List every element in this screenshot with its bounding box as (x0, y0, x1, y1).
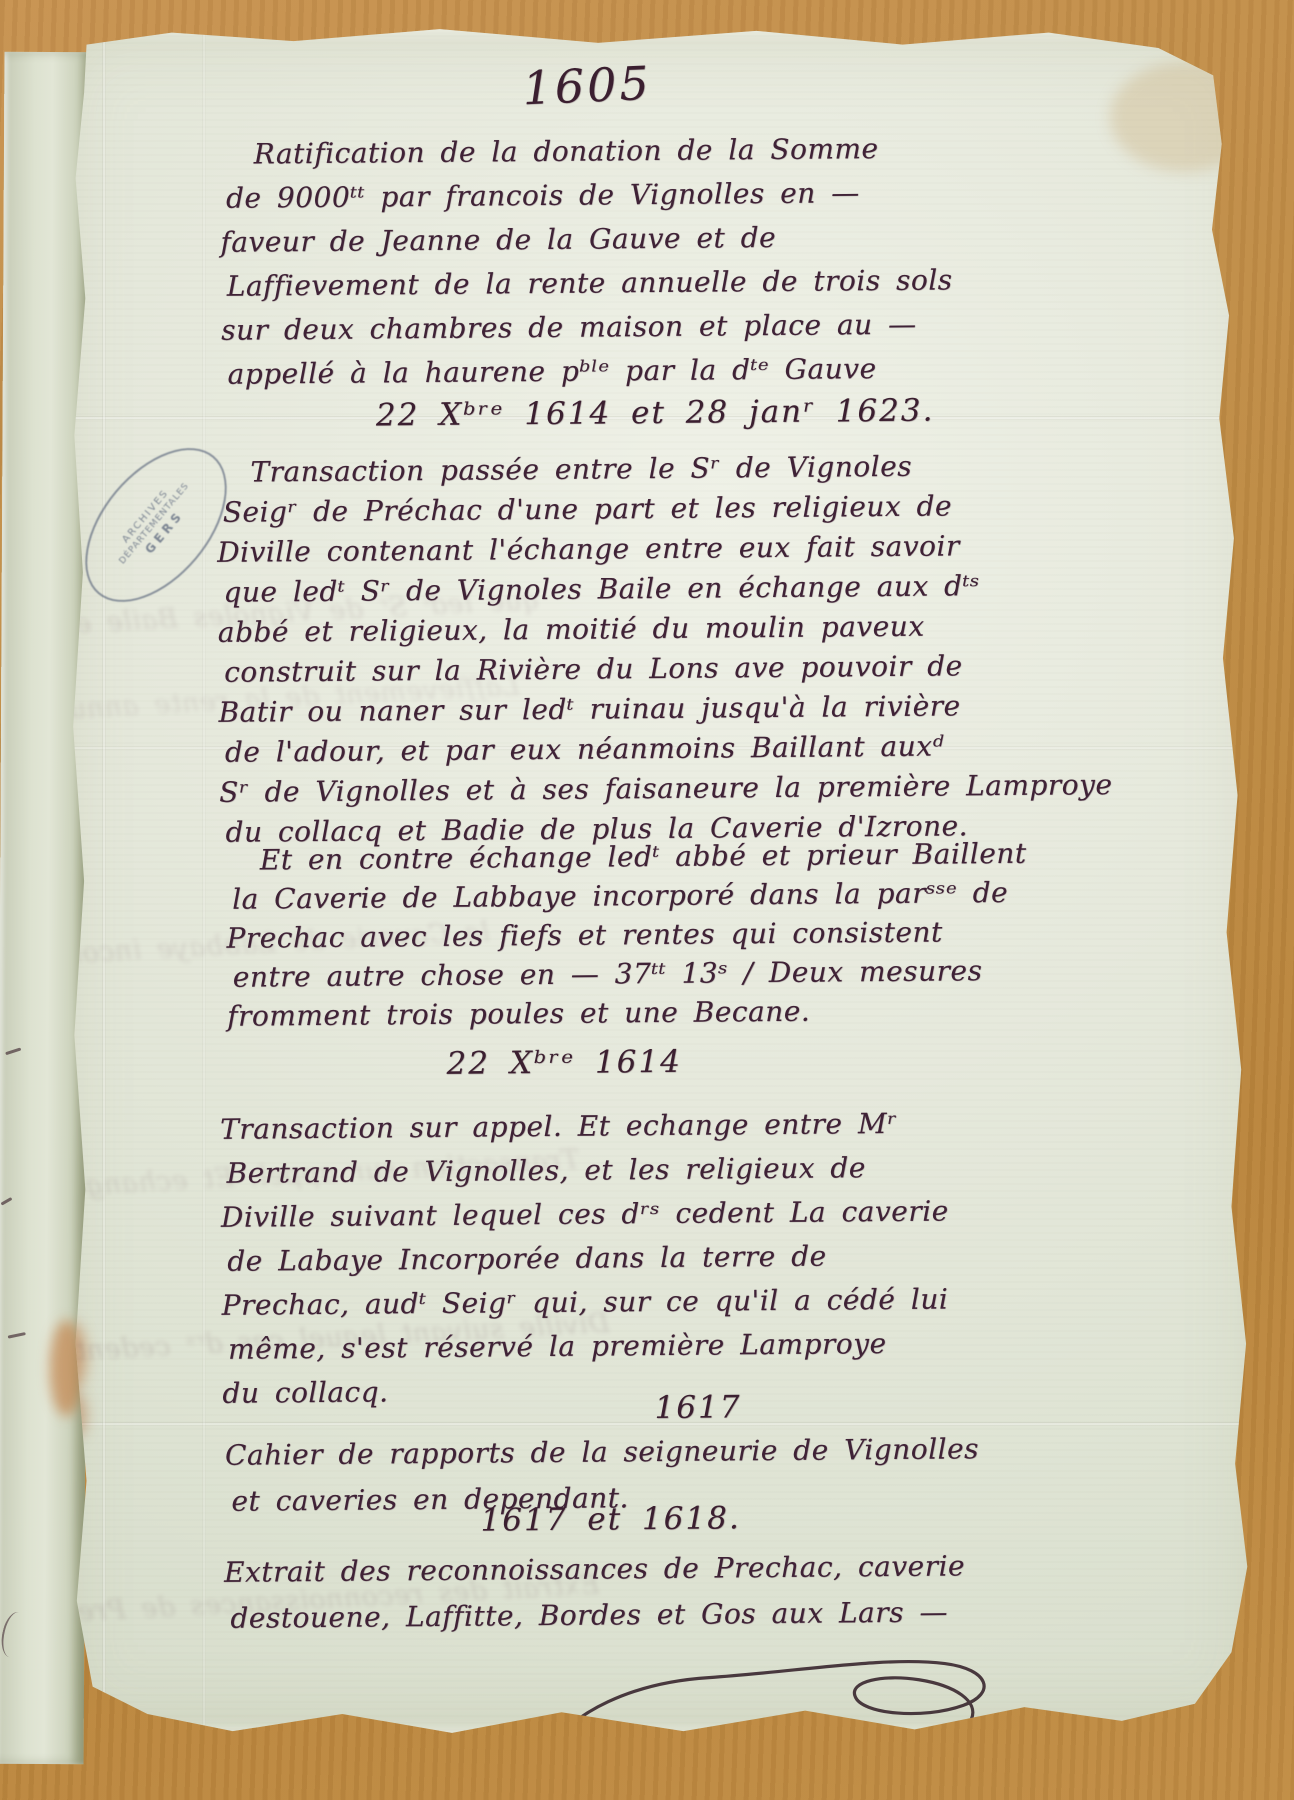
underlying-page-edge (0, 52, 92, 1764)
date-line: 22 Xᵇʳᵉ 1614 (446, 1044, 682, 1082)
manuscript-line: destouene, Laffitte, Bordes et Gos aux L… (230, 1588, 1154, 1642)
date-line: 22 Xᵇʳᵉ 1614 et 28 janʳ 1623. (376, 393, 935, 434)
heading-year: 1605 (0, 32, 1197, 139)
date-line: 1617 (654, 1389, 741, 1426)
manuscript-line: Et en contre échange ledᵗ abbé et prieur… (260, 833, 1156, 880)
paragraph-transaction-appel: Transaction sur appel. Et echange entre … (220, 1100, 1153, 1416)
manuscript-line: fromment trois poules et une Becane. (227, 989, 1157, 1036)
ink-mark (0, 1610, 32, 1661)
signature-flourish (525, 1649, 1026, 1773)
date-line: 1617 et 1618. (480, 1500, 740, 1538)
manuscript-sheet: que ledᵗ Sʳ de Vignoles Baile en échange… (50, 24, 1268, 1738)
manuscript-line: Ratification de la donation de la Somme (253, 125, 1149, 177)
paragraph-ratification: Ratification de la donation de la Somme … (219, 125, 1151, 397)
paragraph-extrait: Extrait des reconnoissances de Prechac, … (224, 1542, 1155, 1642)
manuscript-line: Cahier de rapports de la seigneurie de V… (225, 1425, 1155, 1479)
paragraph-transaction-echange: Transaction passée entre le Sʳ de Vignol… (216, 445, 1149, 853)
manuscript-line: appellé à la haurene pᵇˡᵉ par la dᵗᵉ Gau… (227, 345, 1151, 397)
ink-mark (5, 1047, 21, 1055)
ink-mark (8, 1332, 26, 1339)
manuscript-line: Extrait des reconnoissances de Prechac, … (224, 1542, 1154, 1596)
archival-manuscript-photo: que ledᵗ Sʳ de Vignoles Baile en échange… (0, 0, 1294, 1800)
paragraph-contre-echange: Et en contre échange ledᵗ abbé et prieur… (226, 833, 1158, 1036)
flourish-stroke (543, 1661, 985, 1767)
manuscript-line: Sʳ de Vignolles et à ses faisaneure la p… (219, 765, 1149, 813)
handwritten-text-layer: 1605 Ratification de la donation de la S… (43, 19, 1276, 1744)
ink-mark (1, 1197, 13, 1206)
